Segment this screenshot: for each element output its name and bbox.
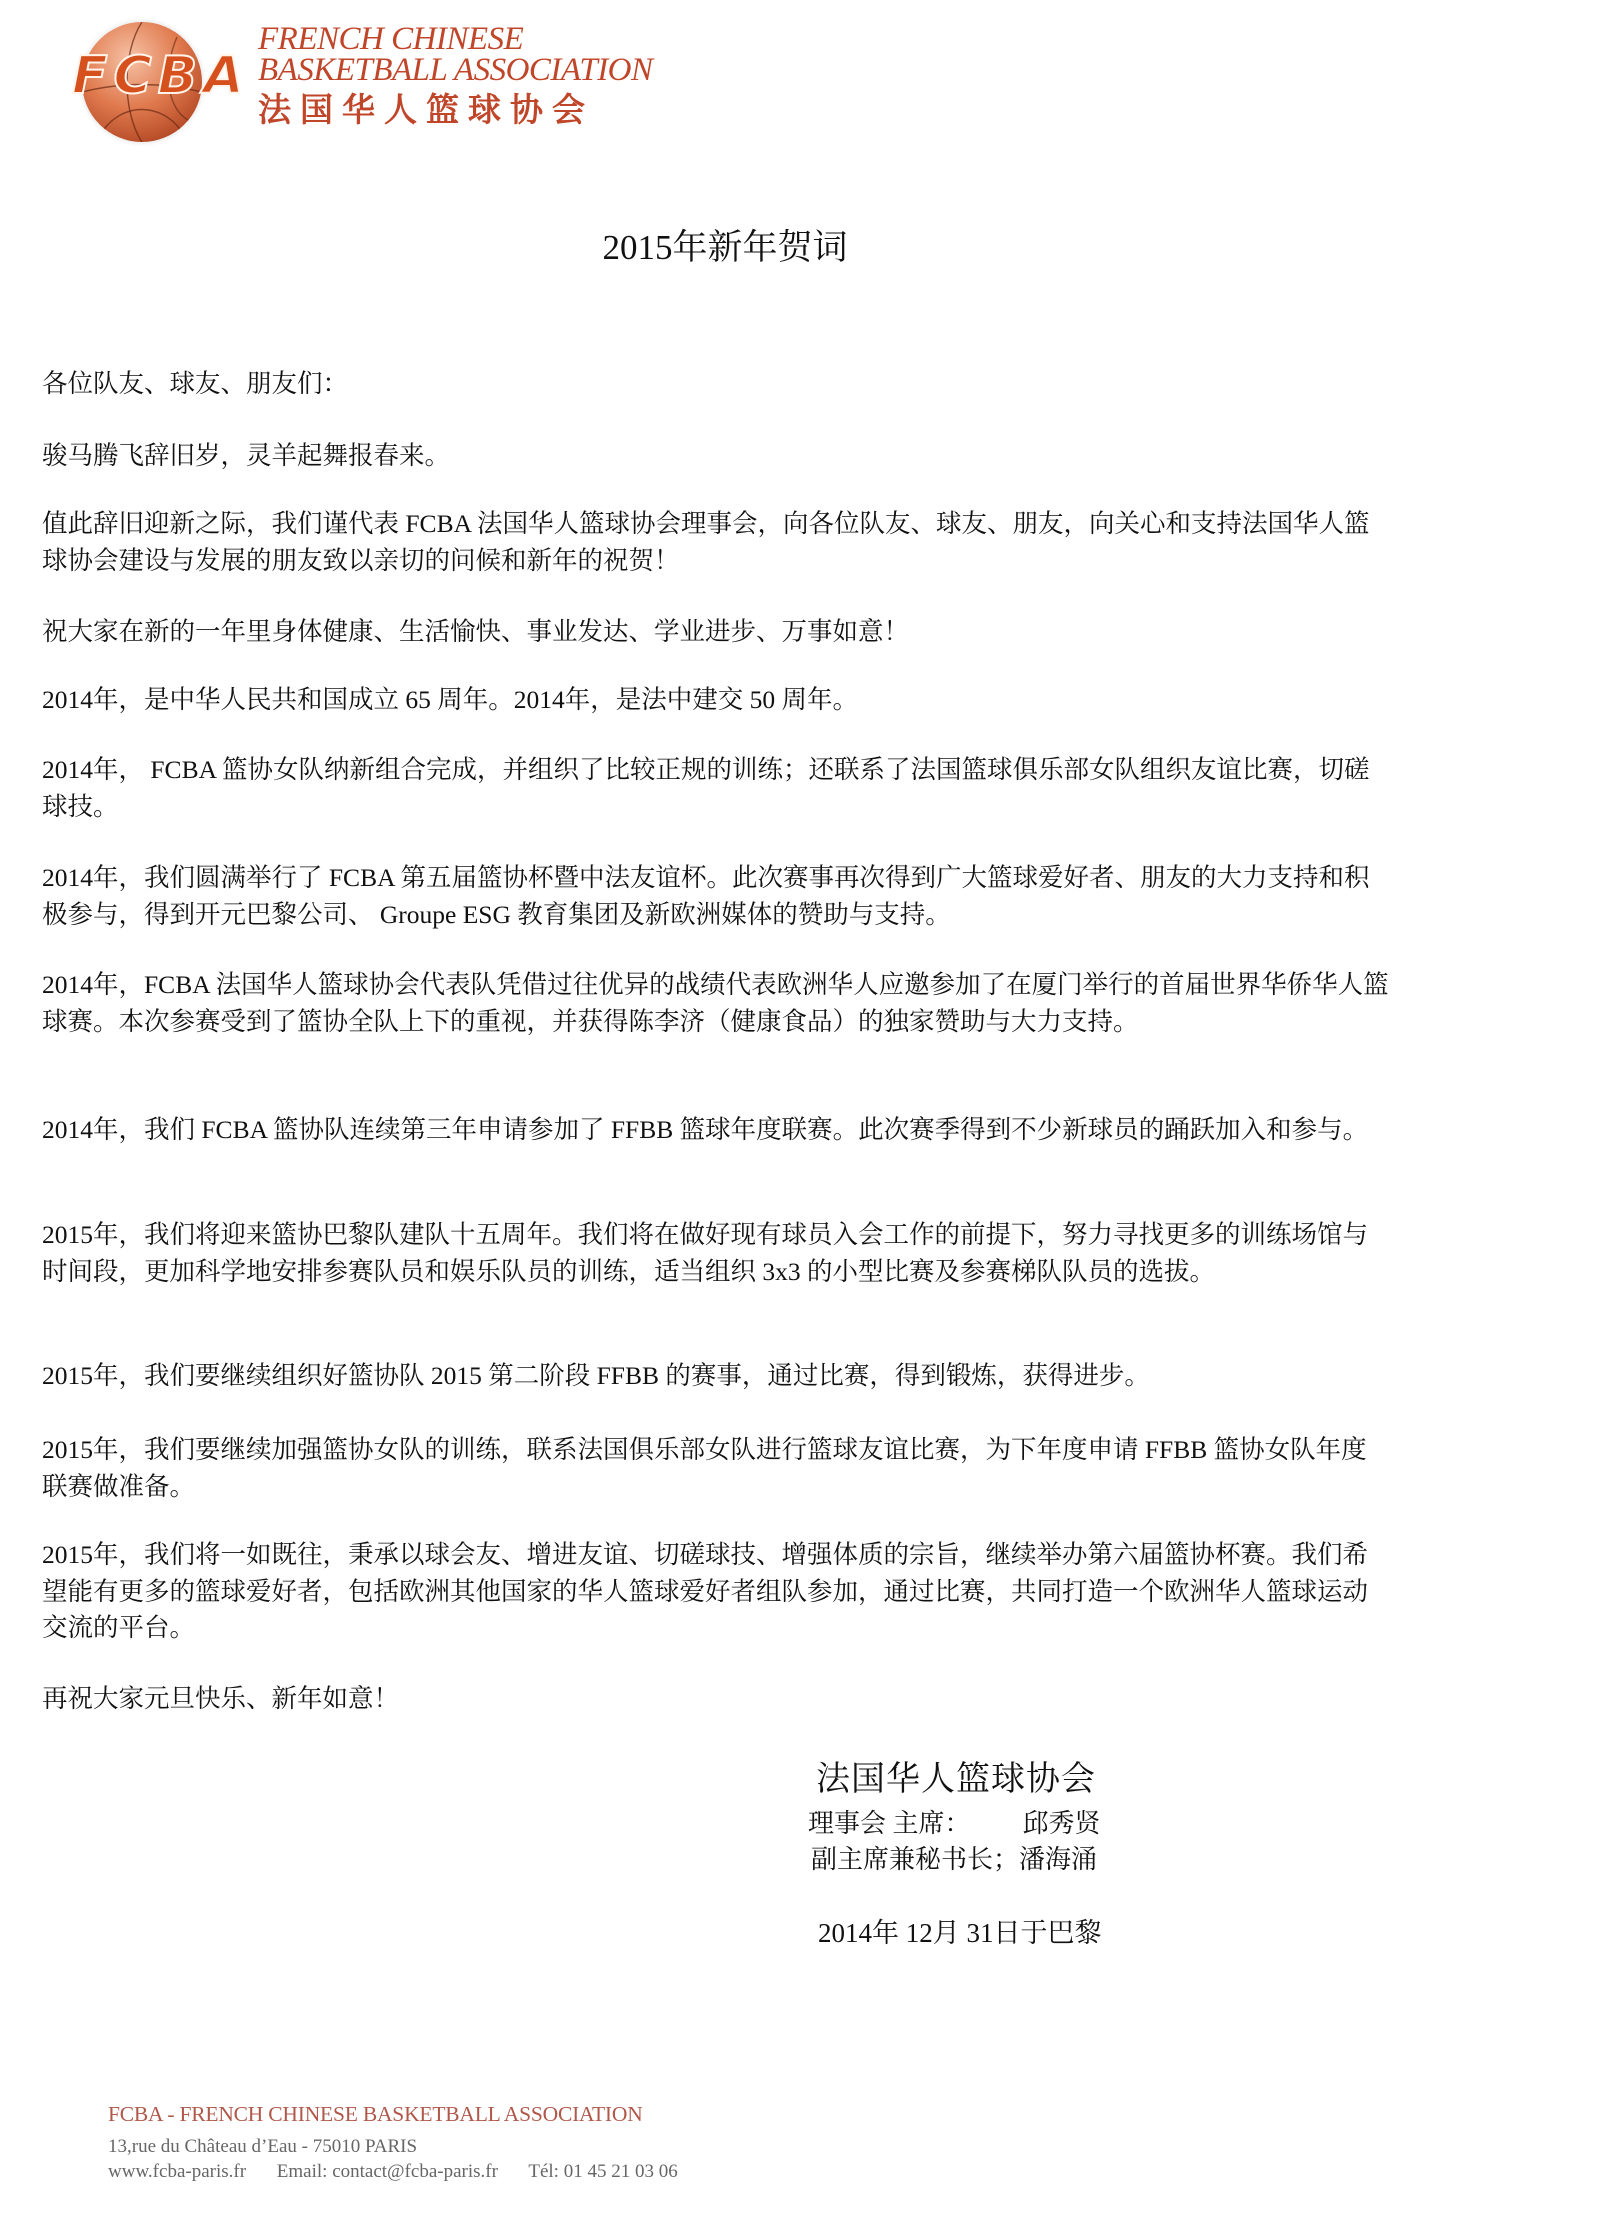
paragraph: 2014年，是中华人民共和国成立 65 周年。2014年，是法中建交 50 周年… — [42, 682, 1392, 719]
footer-website-link[interactable]: www.fcba-paris.fr — [108, 2161, 246, 2182]
paragraph: 值此辞旧迎新之际，我们谨代表 FCBA 法国华人篮球协会理事会，向各位队友、球友… — [42, 506, 1392, 579]
footer-title: FCBA - FRENCH CHINESE BASKETBALL ASSOCIA… — [108, 2101, 643, 2127]
paragraph: 2014年，FCBA 法国华人篮球协会代表队凭借过往优异的战绩代表欧洲华人应邀参… — [42, 967, 1392, 1040]
logo-english-line1: FRENCH CHINESE — [258, 24, 523, 54]
signature-chairman: 理事会 主席： 邱秀贤 — [808, 1807, 1101, 1841]
paragraph: 祝大家在新的一年里身体健康、生活愉快、事业发达、学业进步、万事如意！ — [42, 614, 1392, 651]
logo-english-line2: BASKETBALL ASSOCIATION — [258, 55, 653, 85]
salutation: 各位队友、球友、朋友们： — [42, 366, 1392, 403]
logo-acronym: FCBA — [72, 50, 250, 102]
paragraph: 2015年，我们要继续组织好篮协队 2015 第二阶段 FFBB 的赛事，通过比… — [42, 1358, 1392, 1395]
signature-organization: 法国华人篮球协会 — [816, 1760, 1096, 1800]
footer-address: 13,rue du Château d’Eau - 75010 PARIS — [108, 2135, 417, 2159]
paragraph: 2015年，我们将迎来篮协巴黎队建队十五周年。我们将在做好现有球员入会工作的前提… — [42, 1217, 1392, 1290]
signature-date: 2014年 12月 31日于巴黎 — [818, 1915, 1102, 1951]
paragraph: 2014年， FCBA 篮协女队纳新组合完成，并组织了比较正规的训练；还联系了法… — [42, 752, 1392, 825]
paragraph: 2015年，我们将一如既往，秉承以球会友、增进友谊、切磋球技、增强体质的宗旨，继… — [42, 1537, 1392, 1647]
fcba-logo: FCBA FRENCH CHINESE BASKETBALL ASSOCIATI… — [60, 10, 700, 150]
footer-contact: www.fcba-paris.fr Email: contact@fcba-pa… — [108, 2160, 704, 2184]
paragraph: 骏马腾飞辞旧岁，灵羊起舞报春来。 — [42, 438, 1392, 475]
closing-wish: 再祝大家元旦快乐、新年如意！ — [42, 1681, 1392, 1718]
paragraph: 2015年，我们要继续加强篮协女队的训练，联系法国俱乐部女队进行篮球友谊比赛，为… — [42, 1432, 1392, 1505]
footer-phone: Tél: 01 45 21 03 06 — [528, 2161, 677, 2182]
footer-email-link[interactable]: Email: contact@fcba-paris.fr — [277, 2161, 498, 2182]
paragraph: 2014年，我们圆满举行了 FCBA 第五届篮协杯暨中法友谊杯。此次赛事再次得到… — [42, 860, 1392, 933]
signature-vice-chairman: 副主席兼秘书长；潘海涌 — [811, 1843, 1097, 1877]
paragraph: 2014年，我们 FCBA 篮协队连续第三年申请参加了 FFBB 篮球年度联赛。… — [42, 1112, 1392, 1149]
logo-chinese-name: 法国华人篮球协会 — [258, 90, 594, 130]
page-title: 2015年新年贺词 — [0, 228, 1450, 268]
